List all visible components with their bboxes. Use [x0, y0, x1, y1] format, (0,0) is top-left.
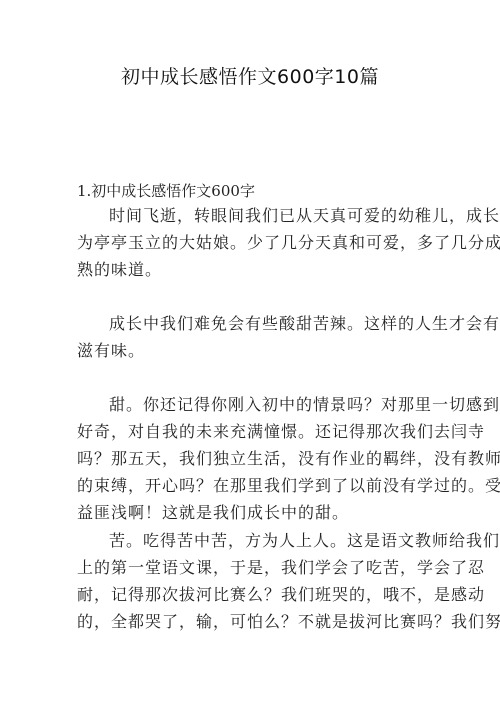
paragraph-2: 成长中我们难免会有些酸甜苦辣。这样的人生才会有 滋有味。 [77, 310, 427, 364]
paragraph-line: 益匪浅啊！这就是我们成长中的甜。 [77, 499, 427, 526]
section-heading: 1.初中成长感悟作文600字 [77, 180, 255, 201]
paragraph-3: 甜。你还记得你刚入初中的情景吗？对那里一切感到 好奇，对自我的未来充满憧憬。还记… [77, 391, 427, 526]
paragraph-line: 成长中我们难免会有些酸甜苦辣。这样的人生才会有 [77, 310, 427, 337]
paragraph-line: 的，全都哭了，输，可怕么？不就是拔河比赛吗？我们努 [77, 608, 427, 635]
document-title: 初中成长感悟作文600字10篇 [0, 62, 500, 89]
paragraph-line: 的束缚，开心吗？在那里我们学到了以前没有学过的。受 [77, 472, 427, 499]
paragraph-line: 滋有味。 [77, 337, 427, 364]
paragraph-line: 为亭亭玉立的大姑娘。少了几分天真和可爱，多了几分成 [77, 229, 427, 256]
paragraph-line: 上的第一堂语文课，于是，我们学会了吃苦，学会了忍 [77, 554, 427, 581]
paragraph-line: 吗？那五天，我们独立生活，没有作业的羁绊，没有教师 [77, 445, 427, 472]
paragraph-line: 时间飞逝，转眼间我们已从天真可爱的幼稚儿，成长 [77, 202, 427, 229]
paragraph-line: 熟的味道。 [77, 256, 427, 283]
paragraph-1: 时间飞逝，转眼间我们已从天真可爱的幼稚儿，成长 为亭亭玉立的大姑娘。少了几分天真… [77, 202, 427, 283]
paragraph-line: 耐，记得那次拔河比赛么？我们班哭的，哦不，是感动 [77, 581, 427, 608]
paragraph-4: 苦。吃得苦中苦，方为人上人。这是语文教师给我们 上的第一堂语文课，于是，我们学会… [77, 527, 427, 635]
paragraph-line: 甜。你还记得你刚入初中的情景吗？对那里一切感到 [77, 391, 427, 418]
paragraph-line: 苦。吃得苦中苦，方为人上人。这是语文教师给我们 [77, 527, 427, 554]
document-page: 初中成长感悟作文600字10篇 1.初中成长感悟作文600字 时间飞逝，转眼间我… [0, 0, 500, 707]
paragraph-line: 好奇，对自我的未来充满憧憬。还记得那次我们去闫寺 [77, 418, 427, 445]
